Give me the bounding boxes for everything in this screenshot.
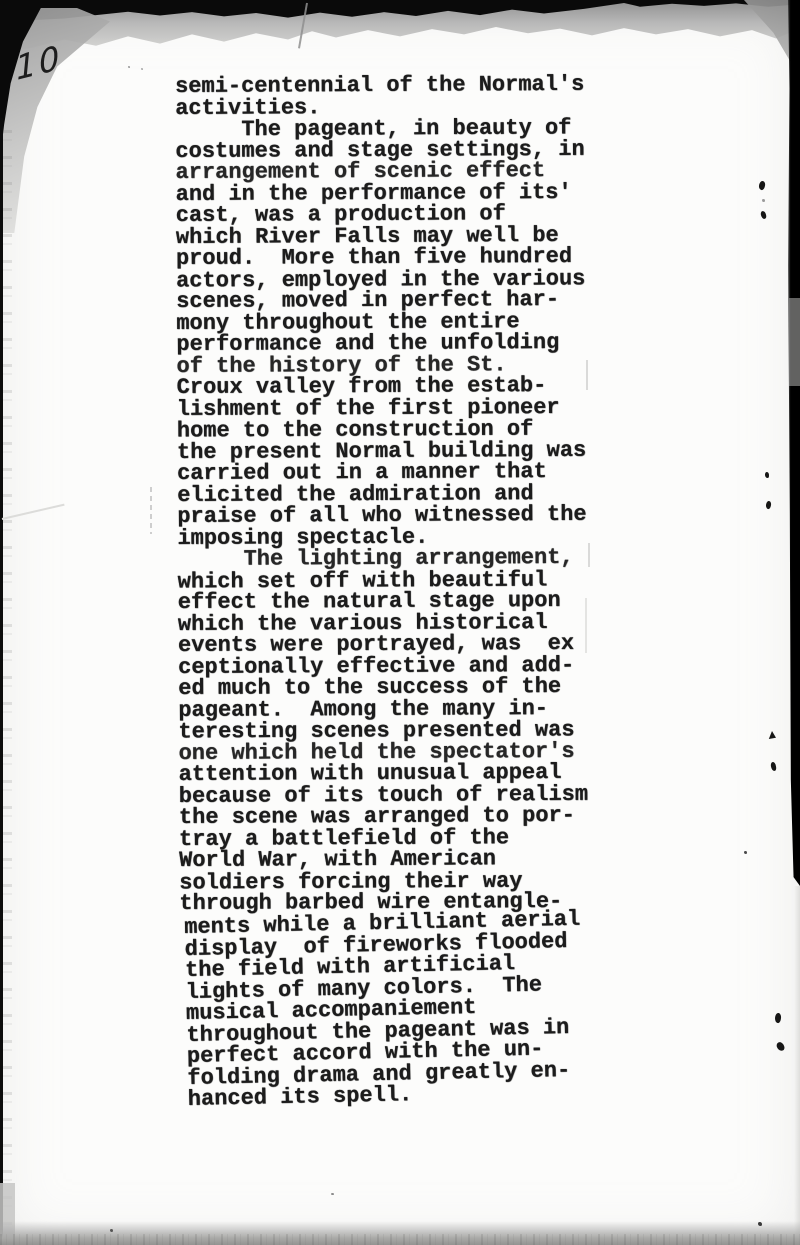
typed-line: which set off with beautiful bbox=[178, 569, 587, 593]
typed-text-area: semi-centennial of the Normal'sactivitie… bbox=[0, 0, 800, 1245]
scanned-page: semi-centennial of the Normal'sactivitie… bbox=[0, 0, 800, 1245]
scan-streak bbox=[586, 360, 588, 390]
typed-line: one which held the spectator's bbox=[178, 740, 587, 764]
typed-line: home to the construction of bbox=[177, 418, 586, 442]
ink-speck bbox=[744, 851, 747, 854]
scan-right-border-patch bbox=[789, 298, 800, 386]
scan-streak bbox=[585, 598, 587, 653]
ink-speck bbox=[758, 1222, 762, 1226]
ink-speck bbox=[762, 199, 765, 202]
typed-line: arrangement of scenic effect bbox=[175, 160, 584, 184]
typed-line: semi-centennial of the Normal's bbox=[175, 74, 584, 98]
scan-right-lower-edge bbox=[794, 886, 800, 1245]
paragraph-block-1: semi-centennial of the Normal'sactivitie… bbox=[175, 74, 589, 915]
paragraph-block-2: ments while a brilliant aerialdisplay of… bbox=[184, 909, 584, 1111]
handwritten-page-number: 10 bbox=[14, 40, 63, 85]
ink-speck bbox=[141, 68, 143, 70]
scan-bottom-noise bbox=[0, 1234, 800, 1245]
scan-streak bbox=[588, 543, 590, 567]
ink-speck bbox=[128, 66, 130, 68]
typed-line: of the history of the St. bbox=[176, 353, 585, 377]
typed-line: soldiers forcing their way bbox=[179, 870, 588, 894]
typed-line: hanced its spell. bbox=[188, 1081, 584, 1111]
scan-left-noise bbox=[3, 130, 12, 1230]
left-margin-mark bbox=[150, 487, 152, 534]
ink-speck bbox=[765, 472, 769, 478]
ink-speck bbox=[331, 1193, 334, 1195]
typed-line: actors, employed in the various bbox=[176, 268, 585, 292]
typed-line: The pageant, in beauty of bbox=[175, 117, 584, 141]
ink-speck bbox=[110, 1229, 113, 1232]
